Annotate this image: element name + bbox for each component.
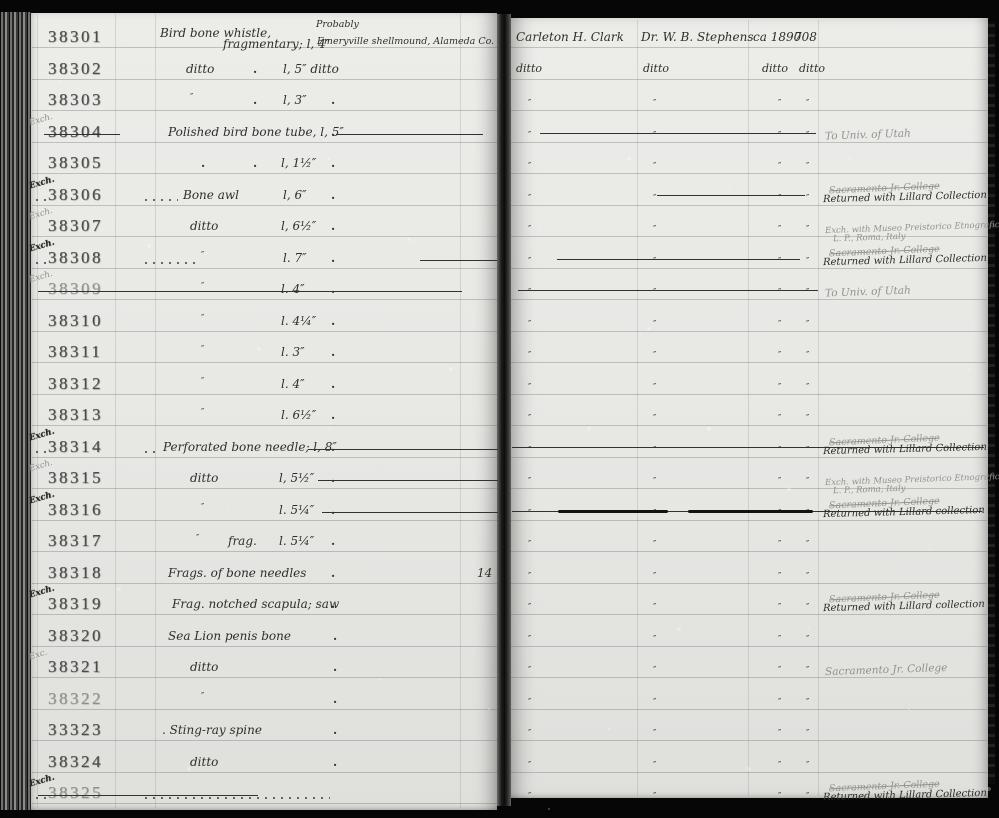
ruled-line [511, 394, 987, 395]
ditto-mark: ″ [201, 692, 204, 702]
ditto-mark: ″ [778, 603, 781, 613]
entry-text: l. 4¼″ [281, 314, 316, 328]
ditto-mark: ″ [653, 225, 656, 235]
ruled-line [511, 614, 987, 615]
entry-text: Carleton H. Clark [516, 30, 624, 44]
ditto-mark: ″ [528, 383, 531, 393]
ruled-line [511, 173, 987, 174]
ditto-mark: ″ [806, 635, 809, 645]
ruled-line [32, 173, 497, 174]
ditto-mark: ″ [653, 162, 656, 172]
ditto-dot: . [333, 629, 337, 643]
entry-text: ditto [799, 62, 825, 75]
ruled-line [32, 236, 497, 237]
ditto-mark: ″ [778, 414, 781, 424]
entry-text: ditto [190, 755, 218, 769]
ditto-dot: . [331, 534, 335, 548]
ditto-mark: ″ [528, 131, 531, 141]
ruled-line [511, 331, 987, 332]
leader-dots [33, 262, 46, 264]
entry-text: . Sting-ray spine [162, 723, 262, 737]
ditto-mark: ″ [653, 414, 656, 424]
leader-dots [33, 797, 46, 799]
ditto-mark: ″ [528, 320, 531, 330]
ditto-dot: . [331, 93, 335, 107]
ditto-dot: . [333, 660, 337, 674]
catalog-number: 38310 [48, 311, 103, 331]
ditto-dot: . [331, 219, 335, 233]
ruled-line [32, 110, 497, 111]
ruled-line [32, 394, 497, 395]
ruled-line [32, 457, 497, 458]
leader-dots [142, 262, 196, 264]
ruled-line [32, 551, 497, 552]
ditto-mark: ″ [778, 383, 781, 393]
ditto-dot: . [331, 345, 335, 359]
catalog-number: 38318 [48, 563, 103, 583]
entry-text: l, 1½″ [281, 156, 316, 170]
ditto-mark: ″ [201, 408, 204, 418]
ruled-line [32, 583, 497, 584]
ditto-dot: . [333, 755, 337, 769]
catalog-number: 38304 [48, 122, 103, 142]
entry-text: l, 5″ ditto [283, 62, 339, 76]
ruled-line [511, 142, 987, 143]
ruled-line [32, 677, 497, 678]
strike-line [518, 290, 818, 291]
entry-text: Frag. notched scapula; saw [172, 597, 339, 611]
catalog-number: 38319 [48, 594, 103, 614]
ditto-mark: ″ [778, 477, 781, 487]
ruled-line [511, 362, 987, 363]
book-fore-edge [988, 22, 995, 784]
catalog-number: 38308 [48, 248, 103, 268]
ditto-mark: ″ [778, 99, 781, 109]
ditto-dot: . [333, 723, 337, 737]
ditto-mark: ″ [653, 540, 656, 550]
ditto-mark: ″ [528, 635, 531, 645]
entry-text: Bone awl [183, 188, 239, 202]
ditto-mark: ″ [653, 351, 656, 361]
ditto-dot: . [331, 597, 335, 611]
ditto-mark: ″ [806, 540, 809, 550]
ruled-line [511, 709, 987, 710]
ditto-mark: ″ [806, 572, 809, 582]
column-rule [37, 14, 38, 808]
ditto-mark: ″ [201, 377, 204, 387]
strike-line [540, 133, 816, 134]
leader-dots [33, 451, 46, 453]
ruled-line [32, 646, 497, 647]
ruled-line [511, 488, 987, 489]
ditto-dot: . [331, 471, 335, 485]
ditto-dot: . [331, 125, 335, 139]
ditto-mark: ″ [528, 761, 531, 771]
ruled-line [32, 709, 497, 710]
strike-line [44, 134, 120, 135]
ditto-mark: ″ [201, 503, 204, 513]
strike-line [420, 260, 497, 261]
ditto-mark: ″ [806, 761, 809, 771]
ruled-line [32, 520, 497, 521]
ruled-line [32, 205, 497, 206]
ditto-mark: ″ [778, 225, 781, 235]
ruled-line [511, 520, 987, 521]
ditto-mark: ″ [806, 414, 809, 424]
ditto-mark: ″ [528, 698, 531, 708]
ditto-dot: . [331, 440, 335, 454]
catalog-number: 38305 [48, 153, 103, 173]
entry-text: l. 4″ [281, 282, 305, 296]
ditto-mark: ″ [528, 572, 531, 582]
catalog-number: 38313 [48, 405, 103, 425]
entry-text: frag. [228, 534, 257, 548]
entry-text: l, 5½″ [279, 471, 314, 485]
ditto-mark: ″ [528, 540, 531, 550]
ditto-dot: . [333, 692, 337, 706]
ditto-mark: ″ [528, 729, 531, 739]
catalog-number: 38316 [48, 500, 103, 520]
entry-text: 708 [794, 30, 817, 44]
strike-line [557, 259, 800, 260]
ditto-dot: . [331, 156, 335, 170]
ditto-mark: ″ [528, 414, 531, 424]
ditto-mark: ″ [528, 603, 531, 613]
catalog-number: 38317 [48, 531, 103, 551]
strike-line [657, 195, 805, 196]
catalog-number: 38315 [48, 468, 103, 488]
ditto-mark: ″ [528, 194, 531, 204]
ditto-mark: ″ [806, 698, 809, 708]
ditto-mark: ″ [806, 603, 809, 613]
ruled-line [32, 362, 497, 363]
ruled-line [32, 299, 497, 300]
ditto-mark: ″ [806, 666, 809, 676]
ruled-line [32, 268, 497, 269]
entry-text: l. 3″ [281, 345, 305, 359]
ditto-mark: ″ [653, 792, 656, 802]
entry-text: Polished bird bone tube, l, 5″ [168, 125, 344, 139]
ditto-mark: ″ [653, 666, 656, 676]
strike-line [38, 795, 258, 796]
ruled-line [32, 425, 497, 426]
leader-dots [142, 797, 330, 799]
entry-text: l, 6″ [283, 188, 307, 202]
ruled-line [511, 646, 987, 647]
ruled-line [32, 142, 497, 143]
ditto-mark: ″ [778, 729, 781, 739]
ditto-mark: ″ [806, 383, 809, 393]
catalog-number: 38324 [48, 752, 103, 772]
ditto-mark: ″ [653, 194, 656, 204]
ditto-mark: ″ [653, 603, 656, 613]
ditto-dot: . [331, 188, 335, 202]
specimen-count: 14 [477, 566, 492, 580]
ditto-mark: ″ [806, 162, 809, 172]
entry-text: Perforated bone needle; l, 8″ [163, 440, 337, 454]
catalog-number: 38309 [48, 279, 103, 299]
ruled-line [511, 551, 987, 552]
ditto-dot: . [331, 377, 335, 391]
entry-text: ditto [643, 62, 669, 75]
ditto-mark: ″ [778, 635, 781, 645]
ditto-mark: ″ [778, 761, 781, 771]
leader-dots [142, 199, 178, 201]
ditto-dot: . [331, 503, 335, 517]
ditto-mark: ″ [778, 162, 781, 172]
leader-dots [142, 451, 160, 453]
catalog-number: 38303 [48, 90, 103, 110]
ditto-mark: ″ [806, 792, 809, 802]
column-rule [818, 20, 819, 796]
ditto-dot: . [331, 251, 335, 265]
ditto-mark: ″ [778, 320, 781, 330]
entry-text: l. 7″ [283, 251, 307, 265]
catalog-number: 38311 [48, 342, 102, 362]
entry-text: l. 5¼″ [279, 503, 314, 517]
ditto-mark: ″ [653, 99, 656, 109]
ruled-line [511, 425, 987, 426]
ditto-mark: ″ [806, 257, 809, 267]
ruled-line [511, 583, 987, 584]
ditto-mark: ″ [653, 572, 656, 582]
ditto-mark: ″ [528, 666, 531, 676]
ditto-dot: . [331, 282, 335, 296]
ditto-mark: ″ [528, 477, 531, 487]
entry-text: Emeryville shellmound, Alameda Co. [317, 36, 494, 47]
strike-line [336, 134, 483, 135]
strike-line [322, 512, 498, 513]
ruled-line [511, 457, 987, 458]
entry-text: Dr. W. B. Stephens [641, 30, 754, 44]
ditto-dot: . [331, 408, 335, 422]
catalog-number: 38301 [48, 27, 103, 47]
ditto-mark: ″ [806, 320, 809, 330]
entry-text: l. 6½″ [281, 408, 316, 422]
entry-text: ditto [190, 219, 218, 233]
catalog-number: 38302 [48, 59, 103, 79]
ruled-line [32, 740, 497, 741]
ditto-mark: ″ [778, 351, 781, 361]
ditto-mark: ″ [201, 251, 204, 261]
ruled-line [511, 79, 987, 80]
ruled-line [511, 772, 987, 773]
ruled-line [511, 299, 987, 300]
ditto-dot: . [253, 62, 257, 76]
ditto-mark: ″ [806, 729, 809, 739]
ruled-line [511, 268, 987, 269]
leader-dots [33, 199, 46, 201]
ditto-mark: ″ [778, 666, 781, 676]
ruled-line [32, 772, 497, 773]
ditto-mark: ″ [528, 162, 531, 172]
ditto-dot: . [253, 156, 257, 170]
entry-text: l. 5¼″ [279, 534, 314, 548]
entry-text: l. 4″ [281, 377, 305, 391]
entry-text: ditto [186, 62, 214, 76]
ditto-mark: ″ [528, 351, 531, 361]
ruled-line [511, 677, 987, 678]
ditto-dot: . [331, 566, 335, 580]
ditto-mark: ″ [528, 257, 531, 267]
ditto-mark: ″ [778, 792, 781, 802]
ditto-mark: ″ [653, 320, 656, 330]
catalog-number: 38314 [48, 437, 103, 457]
ditto-mark: ″ [778, 572, 781, 582]
ditto-mark: ″ [806, 225, 809, 235]
ditto-mark: ″ [806, 194, 809, 204]
entry-text: ditto [190, 660, 218, 674]
ruled-line [511, 740, 987, 741]
strike-line [308, 449, 498, 450]
ditto-mark: ″ [653, 383, 656, 393]
ditto-mark: ″ [653, 477, 656, 487]
column-rule [637, 20, 638, 796]
catalog-number: 38321 [48, 657, 103, 677]
ruled-line [32, 488, 497, 489]
ruled-line [32, 79, 497, 80]
ditto-mark: ″ [806, 477, 809, 487]
entry-text: l, 3″ [283, 93, 307, 107]
photo-speckle-noise [60, 80, 62, 82]
catalog-number: 38325 [48, 783, 103, 803]
ditto-dot: . [201, 156, 205, 170]
ledger-photo: 38301Bird bone whistle,fragmentary; l, 4… [0, 0, 999, 818]
disposition-note: To Univ. of Utah [825, 127, 911, 142]
ditto-mark: ″ [528, 225, 531, 235]
entry-text: l, 6½″ [281, 219, 316, 233]
ditto-mark: ″ [201, 345, 204, 355]
ditto-mark: ″ [653, 635, 656, 645]
book-binding-edge [0, 12, 31, 810]
entry-text: fragmentary; l, 4″ [223, 37, 330, 51]
ditto-mark: ″ [528, 99, 531, 109]
ditto-mark: ″ [778, 540, 781, 550]
ditto-dot: . [331, 314, 335, 328]
strike-line [688, 510, 813, 513]
strike-line [558, 510, 668, 513]
ruled-line [511, 110, 987, 111]
strike-line [38, 291, 462, 292]
ruled-line [511, 205, 987, 206]
catalog-number: 38320 [48, 626, 103, 646]
ditto-mark: ″ [653, 761, 656, 771]
entry-text: ditto [190, 471, 218, 485]
ditto-mark: ″ [806, 99, 809, 109]
ledger-page-right [511, 18, 988, 798]
ditto-dot: . [253, 93, 257, 107]
ruled-line [32, 331, 497, 332]
ditto-mark: ″ [190, 93, 193, 103]
catalog-number: 38312 [48, 374, 103, 394]
entry-text: Frags. of bone needles [168, 566, 306, 580]
ditto-mark: ″ [778, 698, 781, 708]
ruled-line [32, 803, 497, 804]
ditto-mark: ″ [201, 314, 204, 324]
column-rule [155, 14, 156, 808]
catalog-number: 38306 [48, 185, 103, 205]
strike-line [318, 480, 498, 481]
ditto-mark: ″ [806, 351, 809, 361]
ruled-line [32, 614, 497, 615]
ditto-mark: ″ [653, 698, 656, 708]
ruled-line [511, 47, 987, 48]
ditto-mark: ″ [528, 792, 531, 802]
entry-text: ditto [762, 62, 788, 75]
ditto-mark: ″ [196, 534, 199, 544]
book-gutter [497, 14, 511, 806]
column-rule [748, 20, 749, 796]
entry-text: Sea Lion penis bone [168, 629, 291, 643]
catalog-number: 33323 [48, 720, 103, 740]
catalog-number: 38322 [48, 689, 103, 709]
entry-text: Probably [316, 19, 359, 30]
ditto-mark: ″ [653, 729, 656, 739]
entry-text: ditto [516, 62, 542, 75]
ruled-line [511, 236, 987, 237]
catalog-number: 38307 [48, 216, 103, 236]
